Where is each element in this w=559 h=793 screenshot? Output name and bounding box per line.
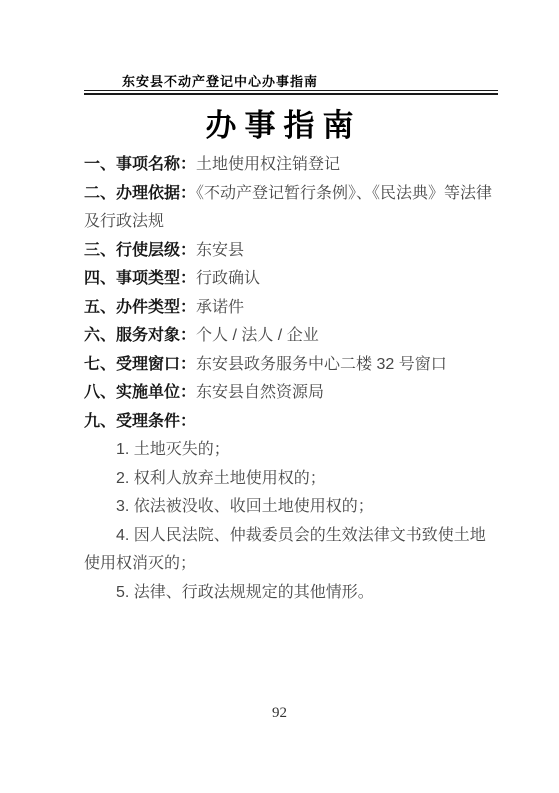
field-exercise-level: 三、行使层级：东安县 <box>84 237 500 266</box>
field-item-type: 四、事项类型：行政确认 <box>84 265 500 294</box>
running-header: 东安县不动产登记中心办事指南 <box>122 71 318 90</box>
field-value: 东安县政务服务中心二楼 32 号窗口 <box>196 356 447 373</box>
condition-item: 2. 权利人放弃土地使用权的； <box>84 465 500 494</box>
field-value: 承诺件 <box>196 299 244 316</box>
condition-item: 4. 因人民法院、仲裁委员会的生效法律文书致使土地使用权消灭的； <box>84 522 500 579</box>
field-value: 东安县自然资源局 <box>196 384 324 401</box>
field-label: 四、事项类型： <box>84 270 196 287</box>
field-handling-type: 五、办件类型：承诺件 <box>84 294 500 323</box>
field-implementing-unit: 八、实施单位：东安县自然资源局 <box>84 379 500 408</box>
field-acceptance-window: 七、受理窗口：东安县政务服务中心二楼 32 号窗口 <box>84 351 500 380</box>
document-page: 东安县不动产登记中心办事指南 办事指南 一、事项名称：土地使用权注销登记 二、办… <box>0 0 559 793</box>
field-label: 八、实施单位： <box>84 384 196 401</box>
field-label: 九、受理条件： <box>84 413 196 430</box>
field-label: 一、事项名称： <box>84 156 196 173</box>
document-body: 一、事项名称：土地使用权注销登记 二、办理依据：《不动产登记暂行条例》、《民法典… <box>84 151 500 607</box>
condition-item: 1. 土地灭失的； <box>84 436 500 465</box>
field-value: 土地使用权注销登记 <box>196 156 340 173</box>
page-number: 92 <box>0 705 559 722</box>
field-label: 二、办理依据： <box>84 185 196 202</box>
condition-item: 5. 法律、行政法规规定的其他情形。 <box>84 579 500 608</box>
field-label: 七、受理窗口： <box>84 356 196 373</box>
field-label: 六、服务对象： <box>84 327 196 344</box>
field-label: 五、办件类型： <box>84 299 196 316</box>
field-legal-basis: 二、办理依据：《不动产登记暂行条例》、《民法典》等法律及行政法规 <box>84 180 500 237</box>
condition-item: 3. 依法被没收、收回土地使用权的； <box>84 493 500 522</box>
field-value: 东安县 <box>196 242 244 259</box>
field-value: 行政确认 <box>196 270 260 287</box>
page-title: 办事指南 <box>0 100 559 145</box>
field-value: 个人 / 法人 / 企业 <box>196 327 319 344</box>
field-acceptance-conditions: 九、受理条件： <box>84 408 500 437</box>
field-label: 三、行使层级： <box>84 242 196 259</box>
field-item-name: 一、事项名称：土地使用权注销登记 <box>84 151 500 180</box>
field-service-target: 六、服务对象：个人 / 法人 / 企业 <box>84 322 500 351</box>
header-double-rule <box>84 90 498 95</box>
